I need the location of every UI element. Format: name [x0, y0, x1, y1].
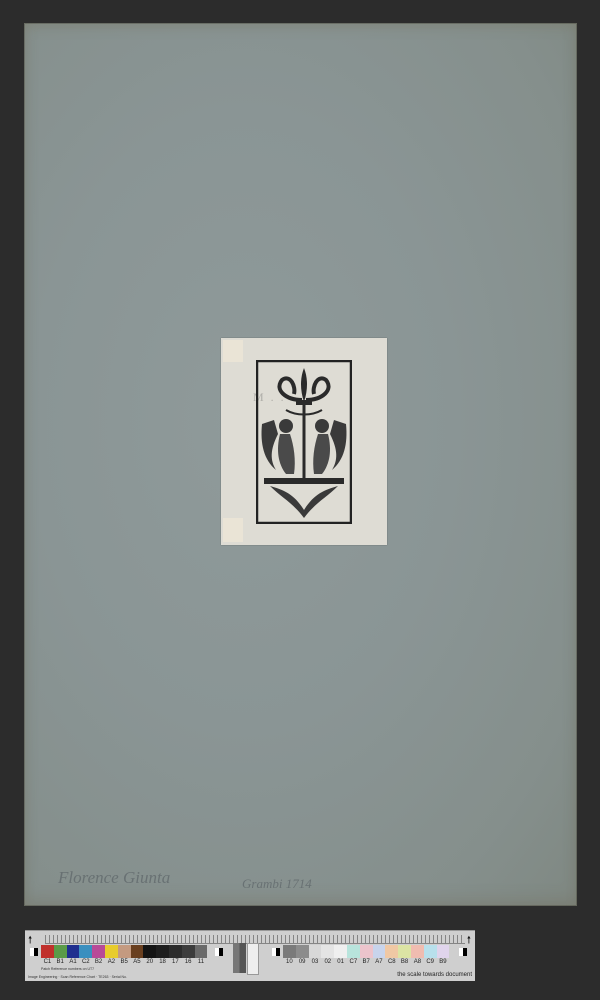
- swatch-label: 09: [296, 959, 309, 965]
- swatch-label: C8: [385, 959, 398, 965]
- handwritten-date: Grambi 1714: [242, 876, 312, 892]
- swatch-label: B7: [360, 959, 373, 965]
- grey-reference-block: [233, 943, 246, 973]
- swatch-a8: [411, 945, 424, 958]
- swatch-label: A8: [411, 959, 424, 965]
- swatch-c8: [385, 945, 398, 958]
- up-arrow-icon: 🠕: [467, 933, 471, 950]
- swatch-a7: [373, 945, 386, 958]
- swatch-b9: [437, 945, 450, 958]
- swatch-label: B5: [118, 959, 131, 965]
- swatch-label: B2: [92, 959, 105, 965]
- swatch-label: A1: [67, 959, 80, 965]
- swatch-b2: [92, 945, 105, 958]
- swatch-16: [182, 945, 195, 958]
- swatch-label: 17: [169, 959, 182, 965]
- swatch-label: 10: [283, 959, 296, 965]
- swatch-c2: [79, 945, 92, 958]
- registration-mark-icon: [272, 948, 280, 956]
- swatch-02: [321, 945, 334, 958]
- swatch-label: A7: [373, 959, 386, 965]
- resolution-target: [247, 943, 259, 975]
- swatch-20: [143, 945, 156, 958]
- swatch-label: 02: [321, 959, 334, 965]
- swatch-label: C2: [79, 959, 92, 965]
- registration-mark-icon: [215, 948, 223, 956]
- swatch-c9: [424, 945, 437, 958]
- swatch-a2: [105, 945, 118, 958]
- swatch-17: [169, 945, 182, 958]
- paper-stain: [223, 518, 243, 542]
- handwritten-note: Florence Giunta: [58, 868, 170, 888]
- swatch-label: B1: [54, 959, 67, 965]
- swatch-label: 03: [309, 959, 322, 965]
- swatch-a5: [131, 945, 144, 958]
- paper-stain: [223, 340, 243, 362]
- swatch-a1: [67, 945, 80, 958]
- swatch-label: C9: [424, 959, 437, 965]
- swatch-label: C7: [347, 959, 360, 965]
- swatch-label: 20: [143, 959, 156, 965]
- swatch-b8: [398, 945, 411, 958]
- swatch-labels-right: 10 09 03 02 01 C7 B7 A7 C8 B8 A8 C9 B9: [283, 959, 449, 965]
- swatch-b7: [360, 945, 373, 958]
- woodcut-print: M . . . . .: [221, 338, 387, 545]
- swatch-label: B8: [398, 959, 411, 965]
- swatch-row-right: [283, 945, 449, 958]
- chart-footer: Image Engineering · Scan Reference Chart…: [28, 975, 127, 979]
- swatch-b5: [118, 945, 131, 958]
- swatch-label: 11: [195, 959, 208, 965]
- swatch-c1: [41, 945, 54, 958]
- swatch-11: [195, 945, 208, 958]
- swatch-03: [309, 945, 322, 958]
- swatch-label: 18: [156, 959, 169, 965]
- swatch-09: [296, 945, 309, 958]
- swatch-18: [156, 945, 169, 958]
- swatch-label: A2: [105, 959, 118, 965]
- swatch-c7: [347, 945, 360, 958]
- swatch-row-left: [41, 945, 207, 958]
- swatch-label: 16: [182, 959, 195, 965]
- swatch-label: B9: [437, 959, 450, 965]
- fleur-de-lis-ornament-icon: [256, 360, 352, 524]
- swatch-b1: [54, 945, 67, 958]
- color-calibration-target: 🠕 🠕 C1 B1 A1 C2 B2 A2 B5 A5 20 18 17 16 …: [25, 930, 475, 981]
- swatch-labels-left: C1 B1 A1 C2 B2 A2 B5 A5 20 18 17 16 11: [41, 959, 207, 965]
- registration-mark-icon: [459, 948, 467, 956]
- swatch-01: [334, 945, 347, 958]
- registration-mark-icon: [30, 948, 38, 956]
- patch-reference-note: Patch Reference numbers on UT7: [41, 967, 94, 971]
- swatch-label: 01: [334, 959, 347, 965]
- swatch-10: [283, 945, 296, 958]
- swatch-label: A5: [131, 959, 144, 965]
- scale-note: the scale towards document: [397, 972, 472, 978]
- swatch-label: C1: [41, 959, 54, 965]
